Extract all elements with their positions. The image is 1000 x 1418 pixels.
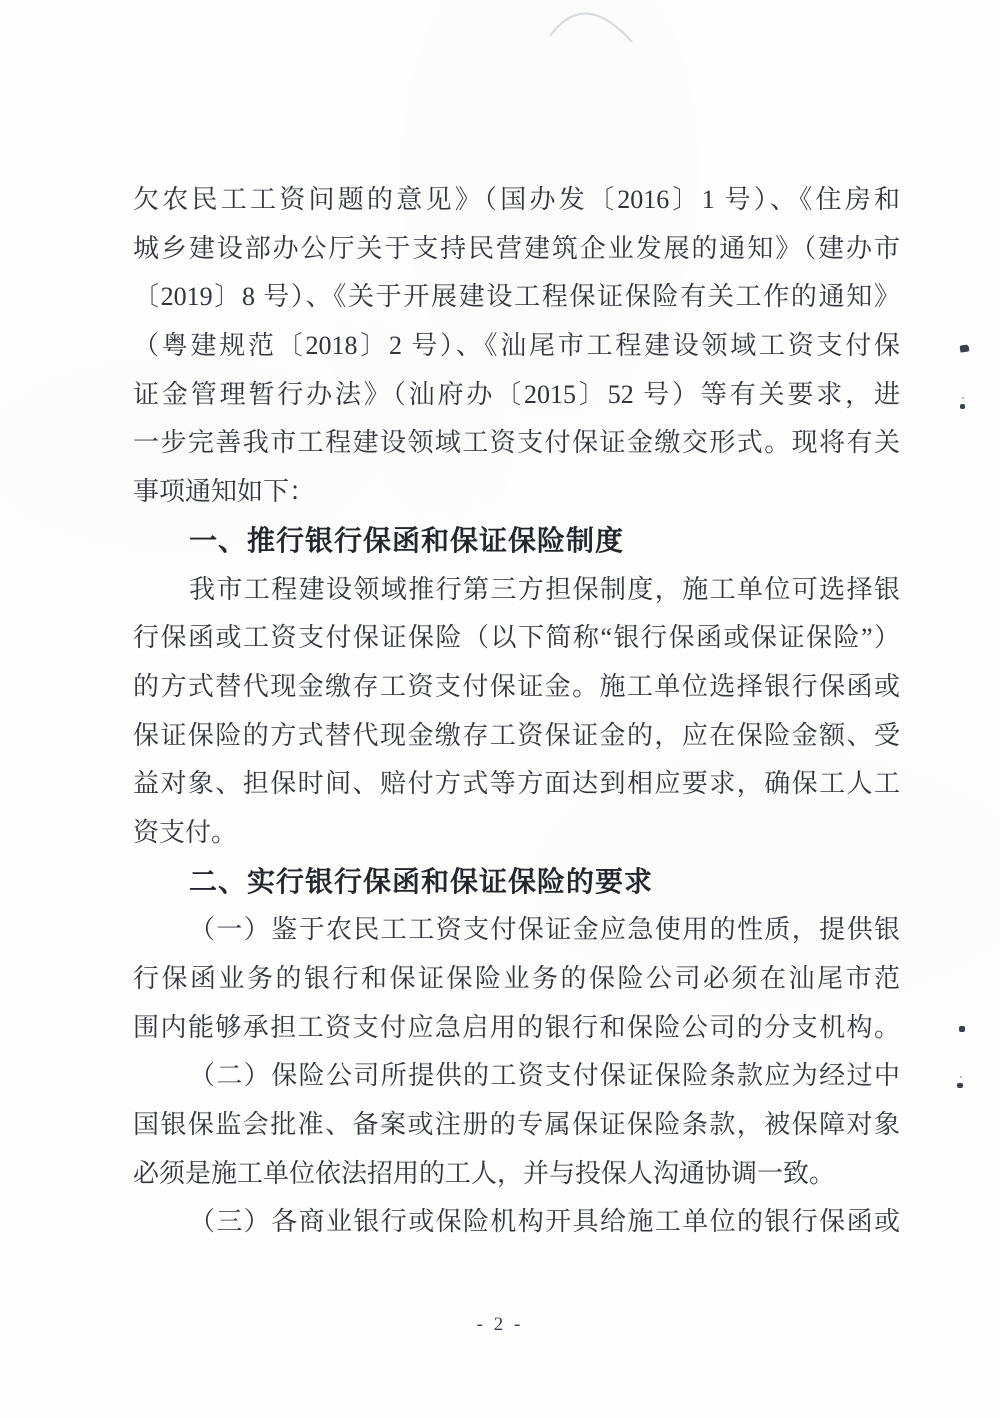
text-line: 围内能够承担工资支付应急启用的银行和保险公司的分支机构。 — [133, 1004, 900, 1053]
text-line: 资支付。 — [133, 809, 900, 858]
text-line: 益对象、担保时间、赔付方式等方面达到相应要求，确保工人工 — [133, 760, 900, 809]
text-line: 保证保险的方式替代现金缴存工资保证金的，应在保险金额、受 — [133, 712, 900, 761]
text-line: 欠农民工工资问题的意见》（国办发〔2016〕1 号）、《住房和 — [133, 176, 900, 225]
document-page: 欠农民工工资问题的意见》（国办发〔2016〕1 号）、《住房和城乡建设部办公厅关… — [0, 0, 1000, 1418]
text-line: 行保函业务的银行和保证保险业务的保险公司必须在汕尾市范 — [133, 955, 900, 1004]
text-line: 一步完善我市工程建设领域工资支付保证金缴交形式。现将有关 — [133, 419, 900, 468]
document-body: 欠农民工工资问题的意见》（国办发〔2016〕1 号）、《住房和城乡建设部办公厅关… — [133, 176, 900, 1247]
text-line: 证金管理暂行办法》（汕府办〔2015〕52 号）等有关要求，进 — [133, 371, 900, 420]
text-line: 〔2019〕8 号）、《关于开展建设工程保证保险有关工作的通知》 — [133, 273, 900, 322]
scan-speck — [962, 397, 964, 399]
scan-speck — [957, 1083, 963, 1088]
text-line: 我市工程建设领域推行第三方担保制度，施工单位可选择银 — [133, 566, 900, 615]
text-line: 的方式替代现金缴存工资支付保证金。施工单位选择银行保函或 — [133, 663, 900, 712]
section-heading: 二、实行银行保函和保证保险的要求 — [133, 858, 900, 907]
scan-arc-mark — [540, 0, 650, 50]
text-line: 国银保监会批准、备案或注册的专属保证保险条款，被保障对象 — [133, 1101, 900, 1150]
text-line: 事项通知如下： — [133, 468, 900, 517]
section-heading: 一、推行银行保函和保证保险制度 — [133, 517, 900, 566]
page-number: - 2 - — [0, 1310, 1000, 1340]
scan-speck — [960, 1076, 962, 1078]
text-line: 城乡建设部办公厅关于支持民营建筑企业发展的通知》（建办市 — [133, 225, 900, 274]
text-line: （一）鉴于农民工工资支付保证金应急使用的性质，提供银 — [133, 906, 900, 955]
text-line: （三）各商业银行或保险机构开具给施工单位的银行保函或 — [133, 1198, 900, 1247]
scan-speck — [959, 1026, 965, 1032]
scan-speck — [960, 344, 970, 352]
scan-speck — [960, 404, 965, 409]
text-line: （二）保险公司所提供的工资支付保证保险条款应为经过中 — [133, 1052, 900, 1101]
text-line: （粤建规范〔2018〕2 号）、《汕尾市工程建设领域工资支付保 — [133, 322, 900, 371]
text-line: 必须是施工单位依法招用的工人，并与投保人沟通协调一致。 — [133, 1150, 900, 1199]
text-line: 行保函或工资支付保证保险（以下简称“银行保函或保证保险”） — [133, 614, 900, 663]
